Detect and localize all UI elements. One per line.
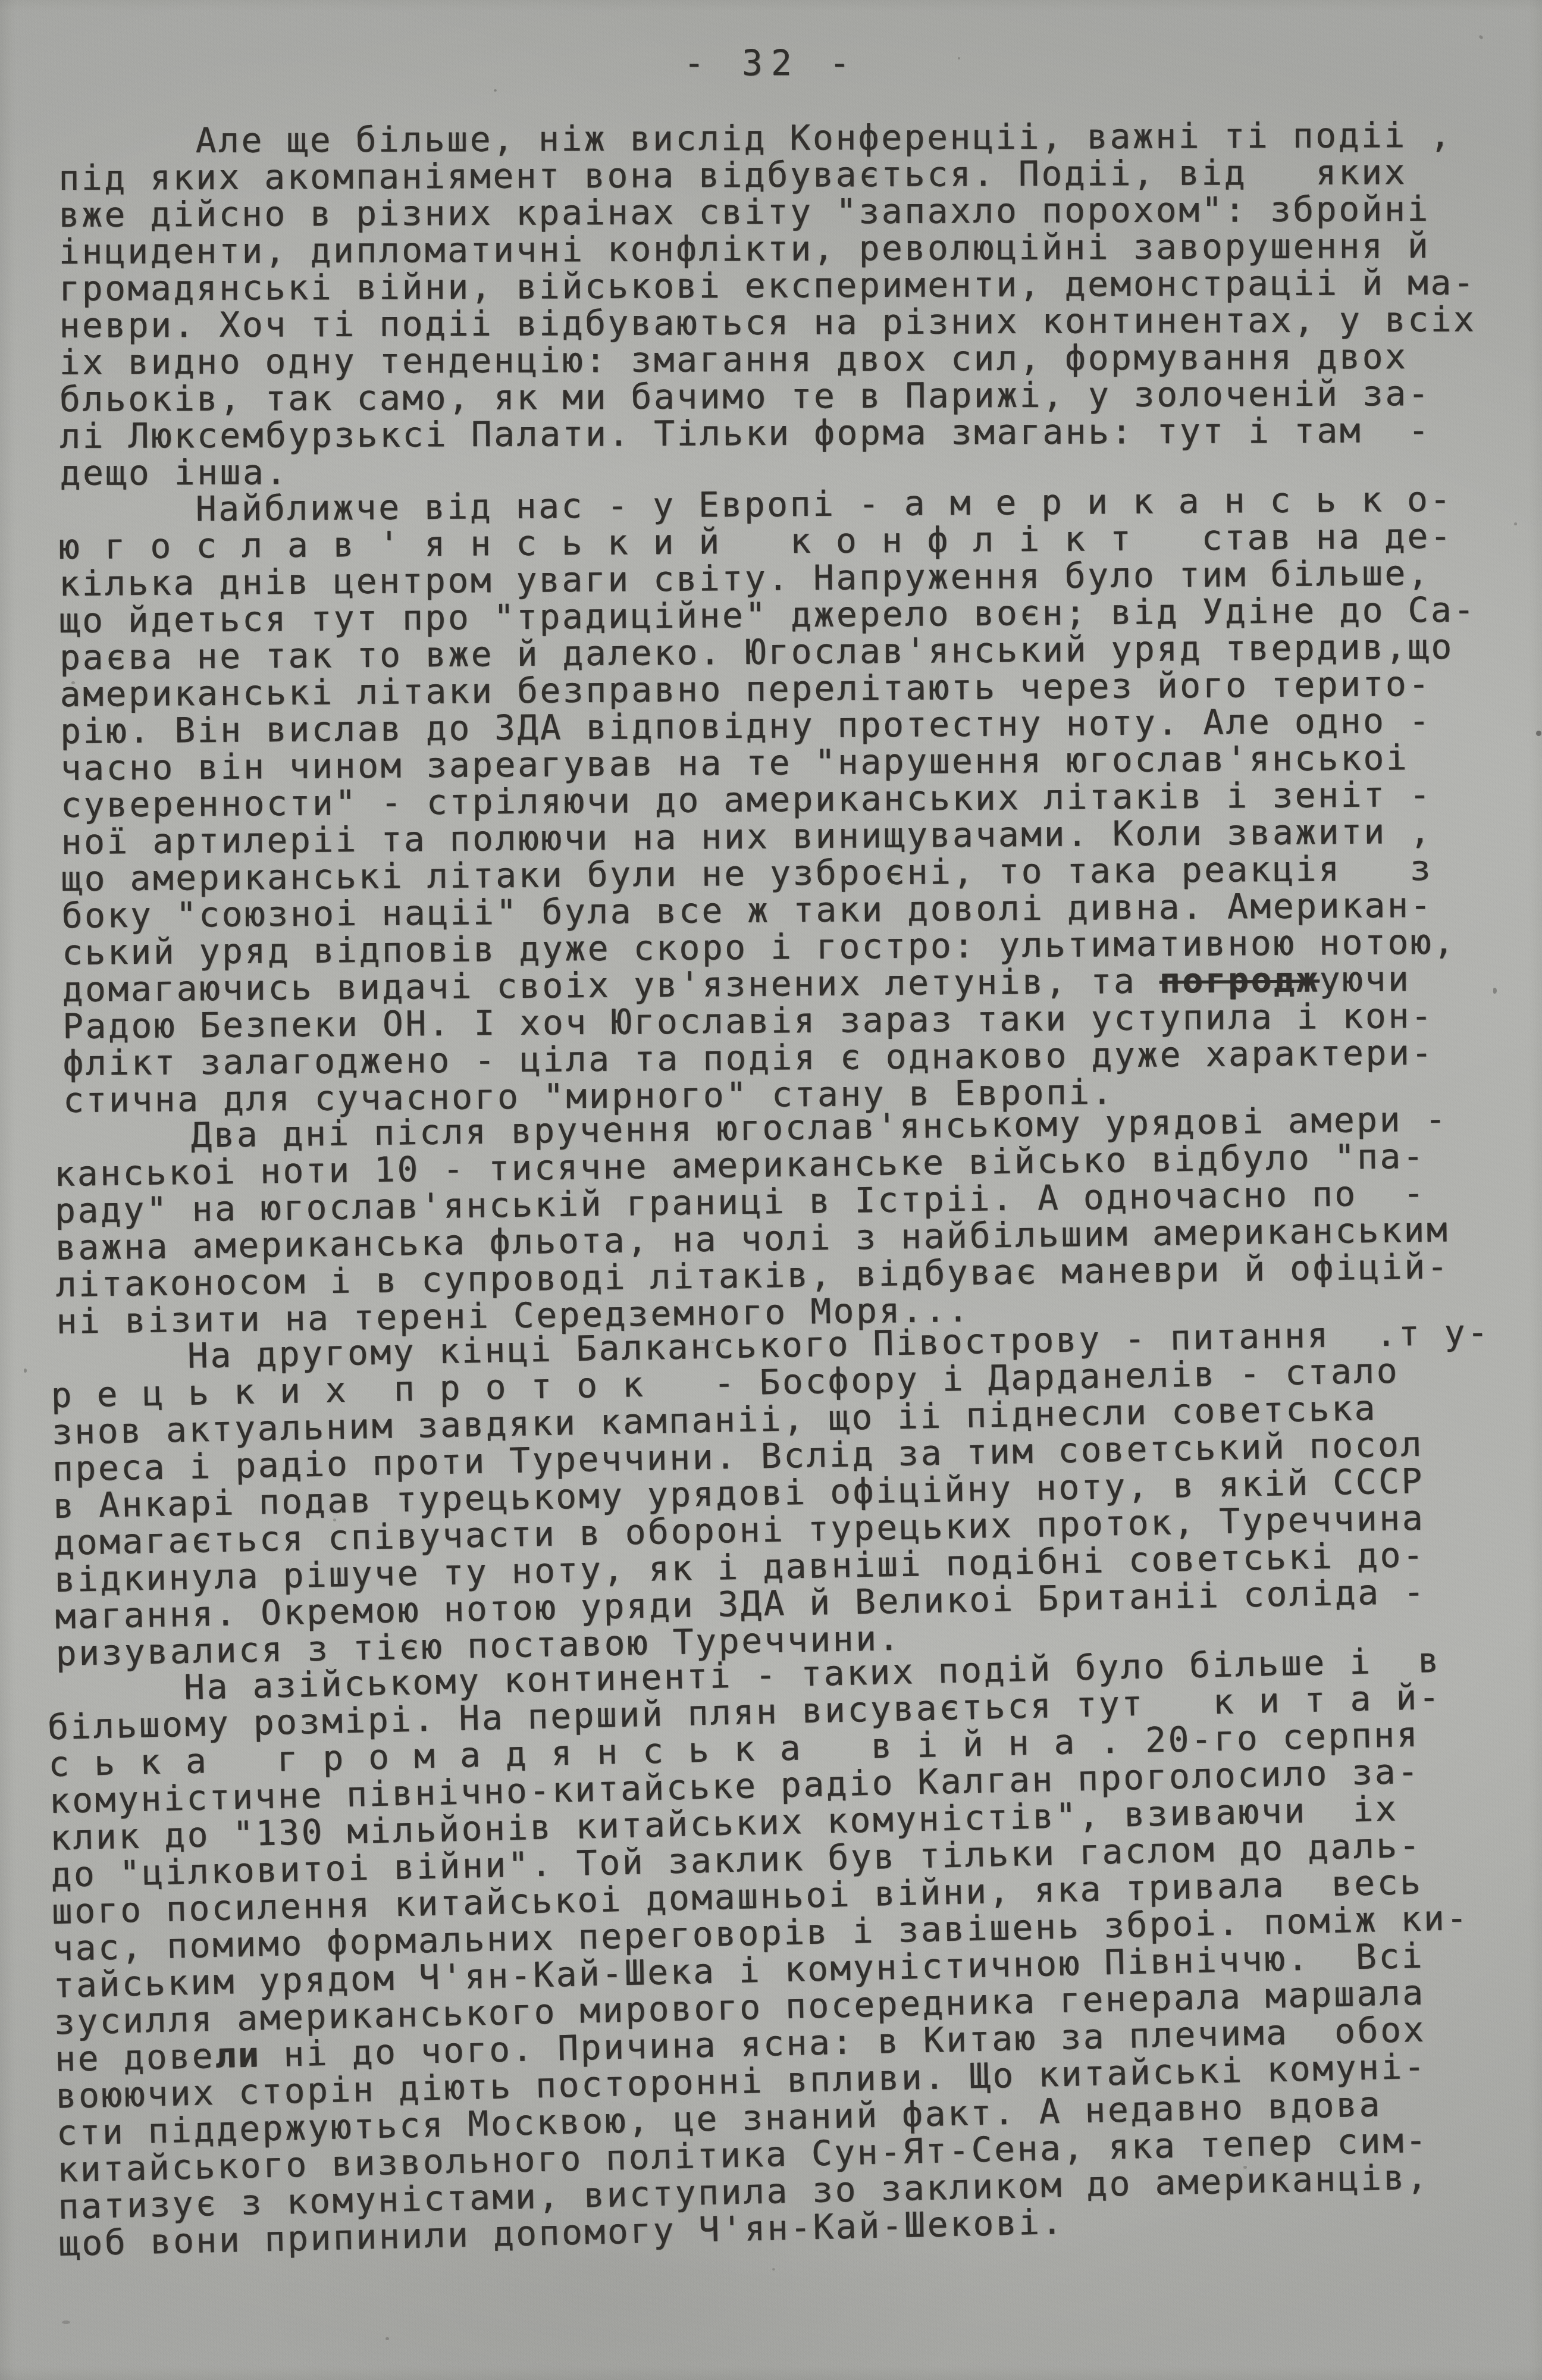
- scan-speck: [62, 2320, 70, 2324]
- page-number: - 32 -: [0, 43, 1542, 83]
- text-segment: уючи: [1319, 959, 1411, 1000]
- paragraph: На азійському континенті - таких подій б…: [46, 1640, 1540, 2262]
- document-body: Але ще більше, ніж вислід Конференціі, в…: [58, 123, 1528, 2262]
- scan-speck: [494, 89, 497, 92]
- scan-speck: [772, 2268, 775, 2271]
- paragraph: Але ще більше, ніж вислід Конференціі, в…: [58, 116, 1530, 491]
- scan-speck: [1478, 35, 1484, 39]
- scan-speck: [24, 1368, 27, 1373]
- overstruck-text: погродж: [1159, 959, 1319, 1001]
- paragraph: На другому кінці Балканського Півострову…: [50, 1313, 1534, 1671]
- paragraph: Два дні після вручення югослав'янському …: [54, 1100, 1531, 1340]
- scan-speck: [1536, 731, 1541, 736]
- scanned-document-page: { "page": { "number": "- 32 -" }, "docum…: [0, 0, 1542, 2380]
- text-segment: лі Люксембурзьксі Палати. Тільки форма з…: [59, 410, 1431, 456]
- scan-speck: [385, 2337, 389, 2340]
- overstruck-text: ли: [214, 2034, 261, 2076]
- paragraph: Найближче від нас - у Европі - а м е р и…: [58, 480, 1532, 1119]
- text-segment: дещо інша.: [59, 452, 288, 493]
- text-line: лі Люксембурзьксі Палати. Тільки форма з…: [59, 411, 1529, 455]
